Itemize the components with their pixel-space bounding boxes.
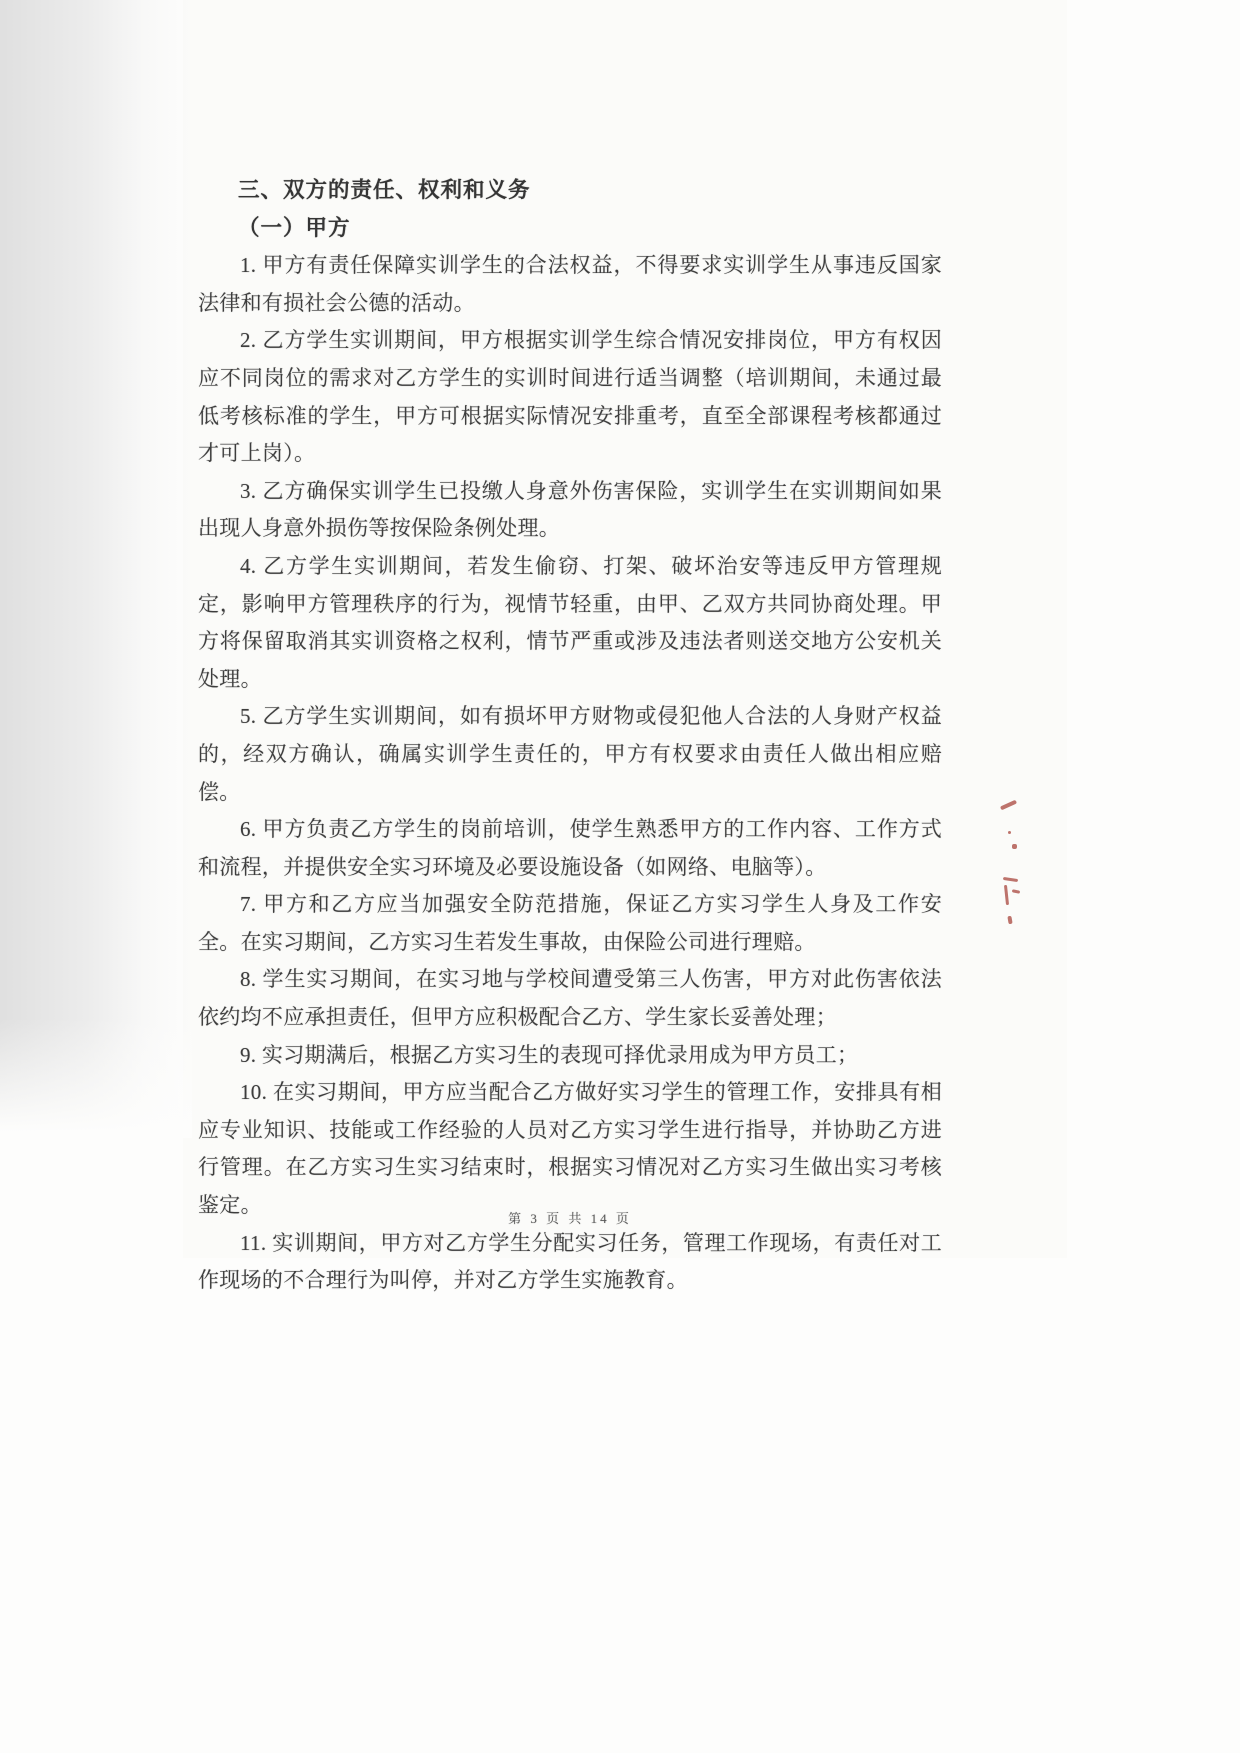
section-heading: 三、双方的责任、权利和义务 <box>238 172 942 210</box>
contract-clause-8: 8. 学生实习期间，在实习地与学校间遭受第三人伤害，甲方对此伤害依法依约均不应承… <box>198 961 942 1036</box>
contract-clause-2: 2. 乙方学生实训期间，甲方根据实训学生综合情况安排岗位，甲方有权因应不同岗位的… <box>198 322 942 472</box>
contract-clause-10: 10. 在实习期间，甲方应当配合乙方做好实习学生的管理工作，安排具有相应专业知识… <box>198 1074 942 1224</box>
contract-clause-7: 7. 甲方和乙方应当加强安全防范措施，保证乙方实习学生人身及工作安全。在实习期间… <box>198 886 942 961</box>
contract-body: 三、双方的责任、权利和义务 （一）甲方 1. 甲方有责任保障实训学生的合法权益，… <box>198 172 942 1300</box>
contract-clause-4: 4. 乙方学生实训期间，若发生偷窃、打架、破坏治安等违反甲方管理规定，影响甲方管… <box>198 548 942 698</box>
red-pen-dot-mark <box>1012 844 1017 849</box>
contract-clause-11: 11. 实训期间，甲方对乙方学生分配实习任务，管理工作现场，有责任对工作现场的不… <box>198 1225 942 1300</box>
contract-clause-3: 3. 乙方确保实训学生已投缴人身意外伤害保险，实训学生在实训期间如果出现人身意外… <box>198 473 942 548</box>
red-pen-dot-mark <box>1008 831 1011 834</box>
contract-clause-9: 9. 实习期满后，根据乙方实习生的表现可择优录用成为甲方员工； <box>198 1037 942 1075</box>
contract-clause-5: 5. 乙方学生实训期间，如有损坏甲方财物或侵犯他人合法的人身财产权益的，经双方确… <box>198 698 942 811</box>
subsection-heading: （一）甲方 <box>238 210 942 248</box>
contract-clause-6: 6. 甲方负责乙方学生的岗前培训，使学生熟悉甲方的工作内容、工作方式和流程，并提… <box>198 811 942 886</box>
scanned-contract-page: 三、双方的责任、权利和义务 （一）甲方 1. 甲方有责任保障实训学生的合法权益，… <box>0 0 1240 1753</box>
page-number-footer: 第 3 页 共 14 页 <box>198 1208 942 1227</box>
contract-clause-1: 1. 甲方有责任保障实训学生的合法权益，不得要求实训学生从事违反国家法律和有损社… <box>198 247 942 322</box>
scan-edge-shadow <box>0 0 192 1138</box>
